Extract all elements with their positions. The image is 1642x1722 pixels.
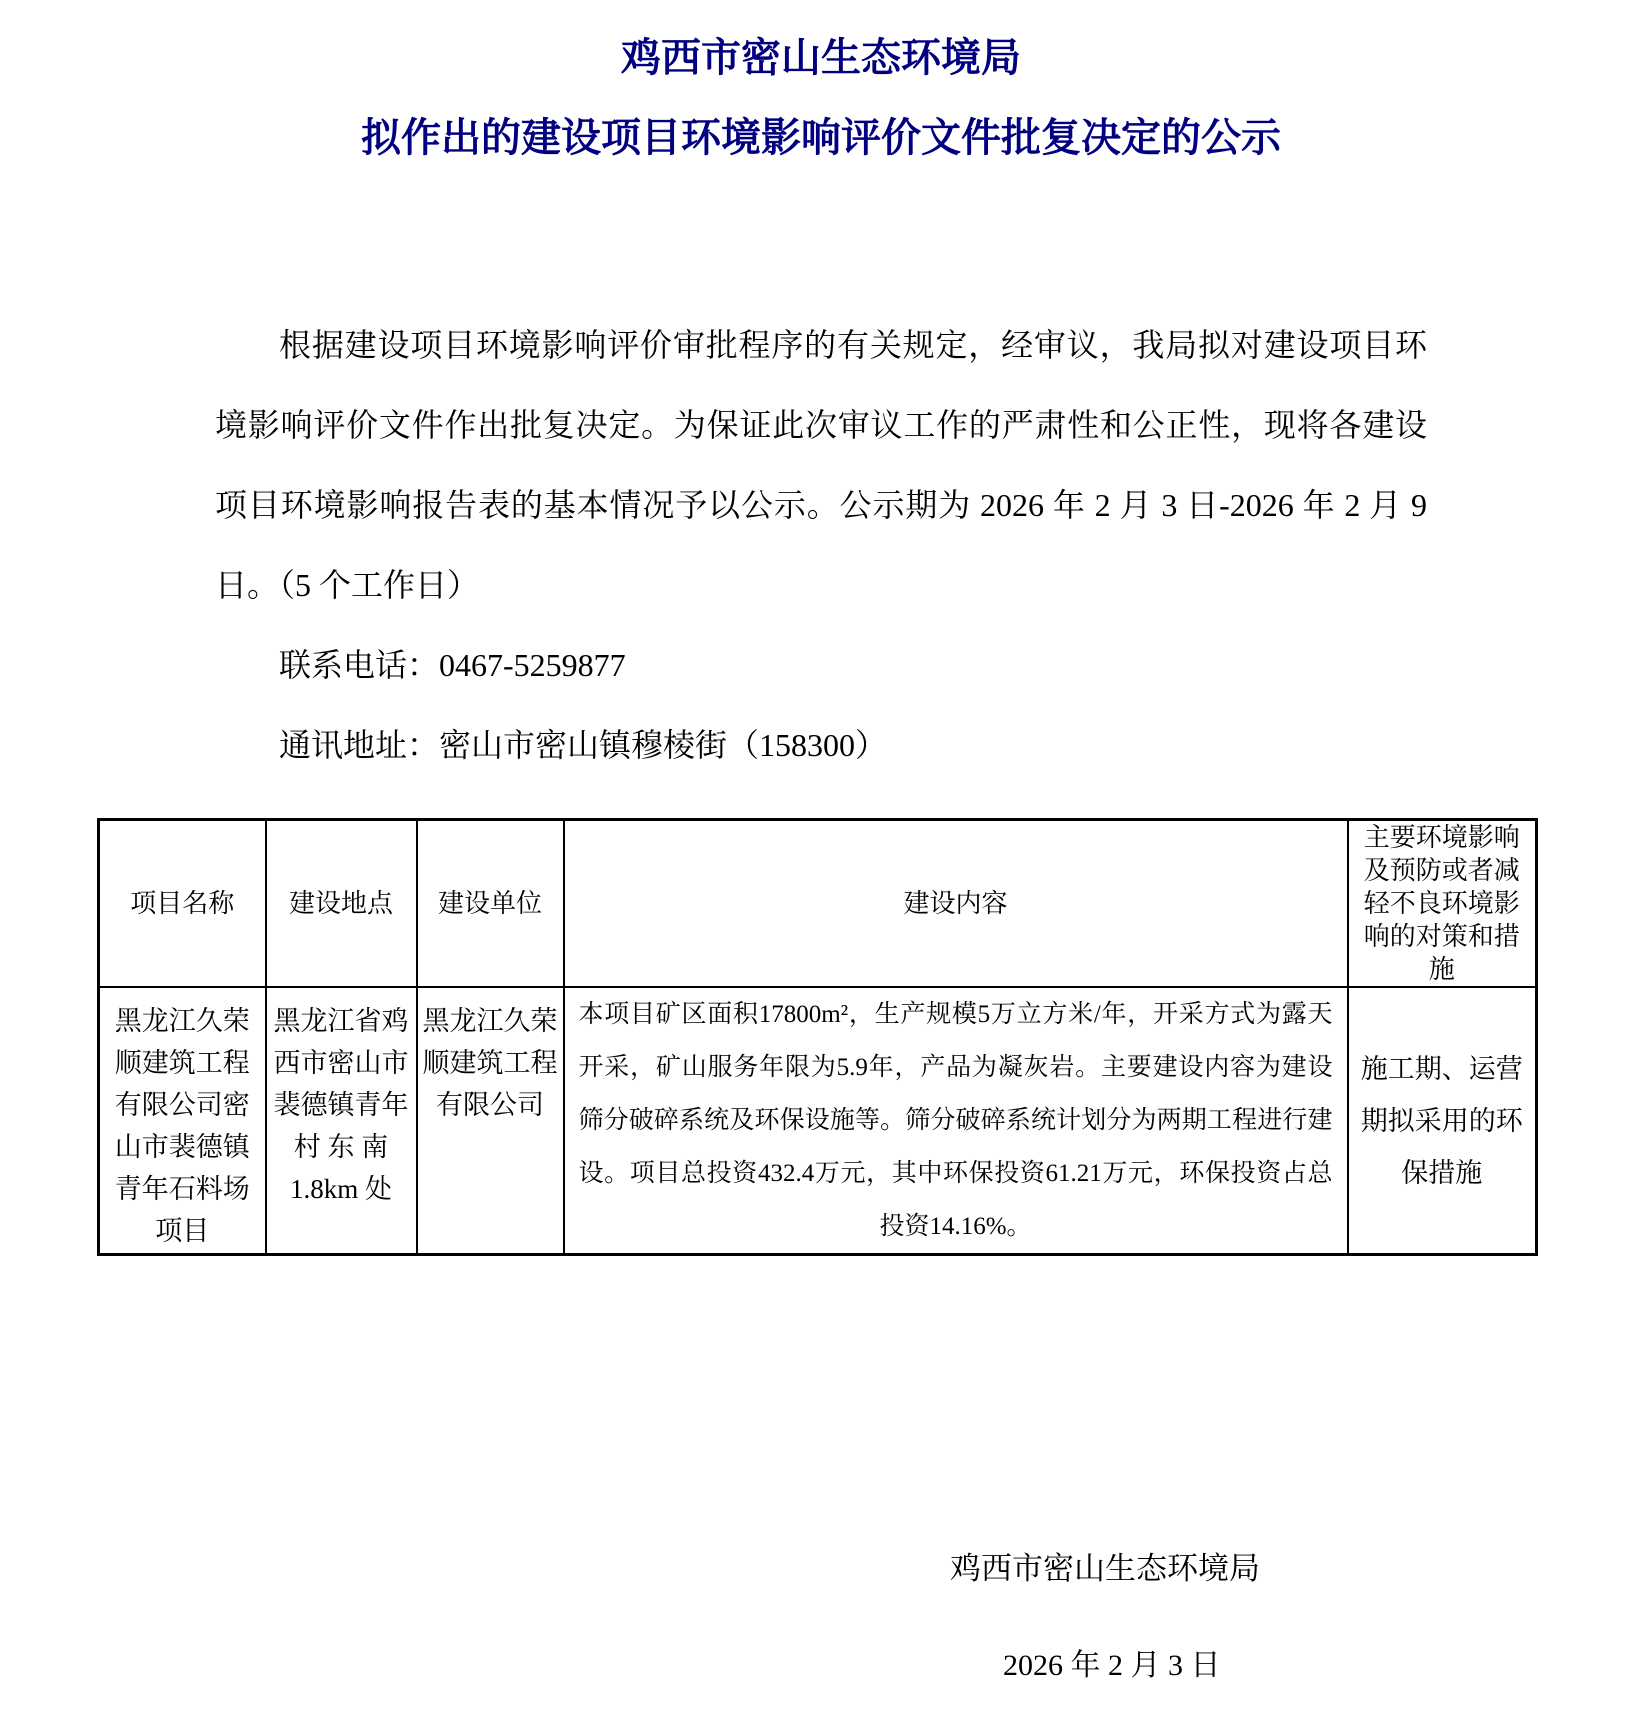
cell-location: 黑龙江省鸡 西市密山市 裴德镇青年 村 东 南 1.8km 处 [266, 987, 417, 1255]
cell-environmental-measures: 施工期、运营 期拟采用的环 保措施 [1348, 987, 1537, 1255]
intro-paragraph: 根据建设项目环境影响评价审批程序的有关规定，经审议，我局拟对建设项目环境影响评价… [215, 305, 1427, 625]
table-header-row: 项目名称 建设地点 建设单位 建设内容 主要环境影响 及预防或者减 轻不良环境影… [99, 820, 1537, 988]
header-construction-content: 建设内容 [564, 820, 1348, 988]
footer-date: 2026 年 2 月 3 日 [1003, 1646, 1642, 1686]
document-title: 鸡西市密山生态环境局 [0, 0, 1642, 80]
cell-project-name: 黑龙江久荣 顺建筑工程 有限公司密 山市裴德镇 青年石料场 项目 [99, 987, 266, 1255]
contact-address-line: 通讯地址：密山市密山镇穆棱街（158300） [215, 705, 1427, 785]
cell-builder: 黑龙江久荣 顺建筑工程 有限公司 [417, 987, 564, 1255]
document-page: 鸡西市密山生态环境局 拟作出的建设项目环境影响评价文件批复决定的公示 根据建设项… [0, 0, 1642, 1722]
header-environmental-measures: 主要环境影响 及预防或者减 轻不良环境影 响的对策和措 施 [1348, 820, 1537, 988]
footer-organization: 鸡西市密山生态环境局 [950, 1548, 1642, 1590]
header-location: 建设地点 [266, 820, 417, 988]
document-subtitle: 拟作出的建设项目环境影响评价文件批复决定的公示 [0, 116, 1642, 160]
projects-table: 项目名称 建设地点 建设单位 建设内容 主要环境影响 及预防或者减 轻不良环境影… [97, 818, 1538, 1256]
header-builder: 建设单位 [417, 820, 564, 988]
contact-phone-line: 联系电话：0467-5259877 [215, 625, 1427, 705]
header-project-name: 项目名称 [99, 820, 266, 988]
table-row: 黑龙江久荣 顺建筑工程 有限公司密 山市裴德镇 青年石料场 项目 黑龙江省鸡 西… [99, 987, 1537, 1255]
cell-construction-content: 本项目矿区面积17800m²，生产规模5万立方米/年，开采方式为露天开采，矿山服… [564, 987, 1348, 1255]
